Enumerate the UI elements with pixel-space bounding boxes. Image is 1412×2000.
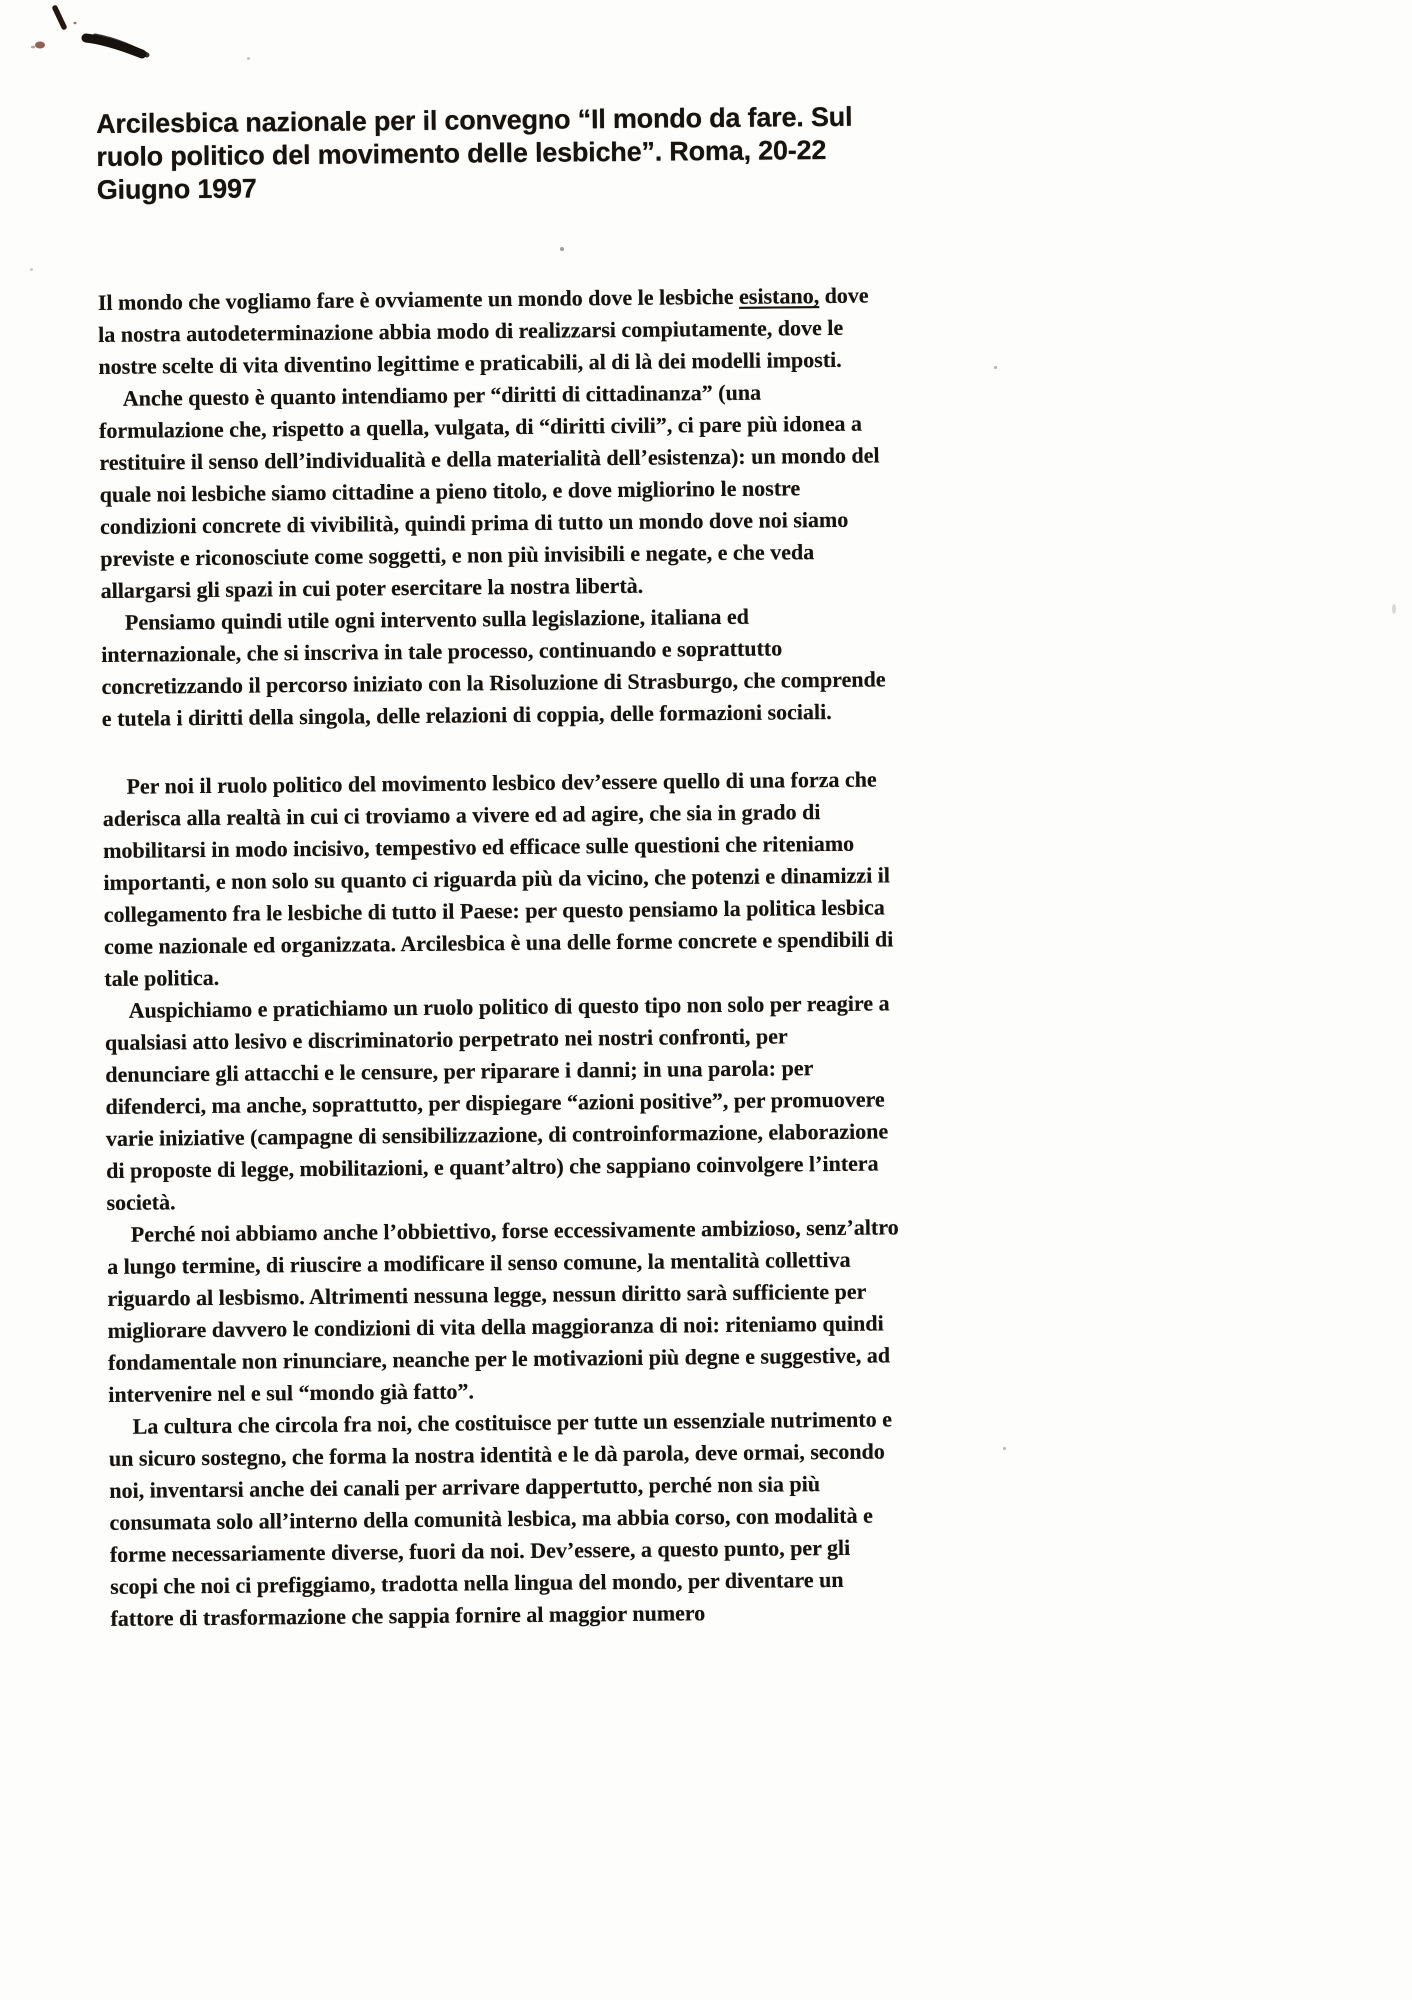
paragraph-2: Anche questo è quanto intendiamo per “di…: [99, 375, 893, 607]
paragraph-4: Per noi il ruolo politico del movimento …: [102, 763, 896, 995]
paragraph-6: Perché noi abbiamo anche l’obbiettivo, f…: [107, 1211, 901, 1411]
scan-speck: [30, 268, 33, 271]
paragraph-5: Auspichiamo e pratichiamo un ruolo polit…: [105, 987, 899, 1219]
paragraph-7: La cultura che circola fra noi, che cost…: [109, 1403, 903, 1635]
underlined-word: esistano,: [739, 283, 819, 309]
paragraph-1-text-before: Il mondo che vogliamo fare è ovviamente …: [98, 284, 739, 315]
scan-speck: [1003, 1447, 1006, 1450]
scanned-document-page: Arcilesbica nazionale per il convegno “I…: [0, 0, 1412, 2000]
paragraph-1: Il mondo che vogliamo fare è ovviamente …: [98, 279, 891, 383]
scan-speck: [247, 57, 250, 60]
scan-speck: [1392, 604, 1396, 614]
scan-speck: [994, 366, 997, 369]
document-title: Arcilesbica nazionale per il convegno “I…: [96, 101, 877, 207]
paragraph-3: Pensiamo quindi utile ogni intervento su…: [101, 599, 894, 735]
document-content: Arcilesbica nazionale per il convegno “I…: [96, 100, 903, 1635]
